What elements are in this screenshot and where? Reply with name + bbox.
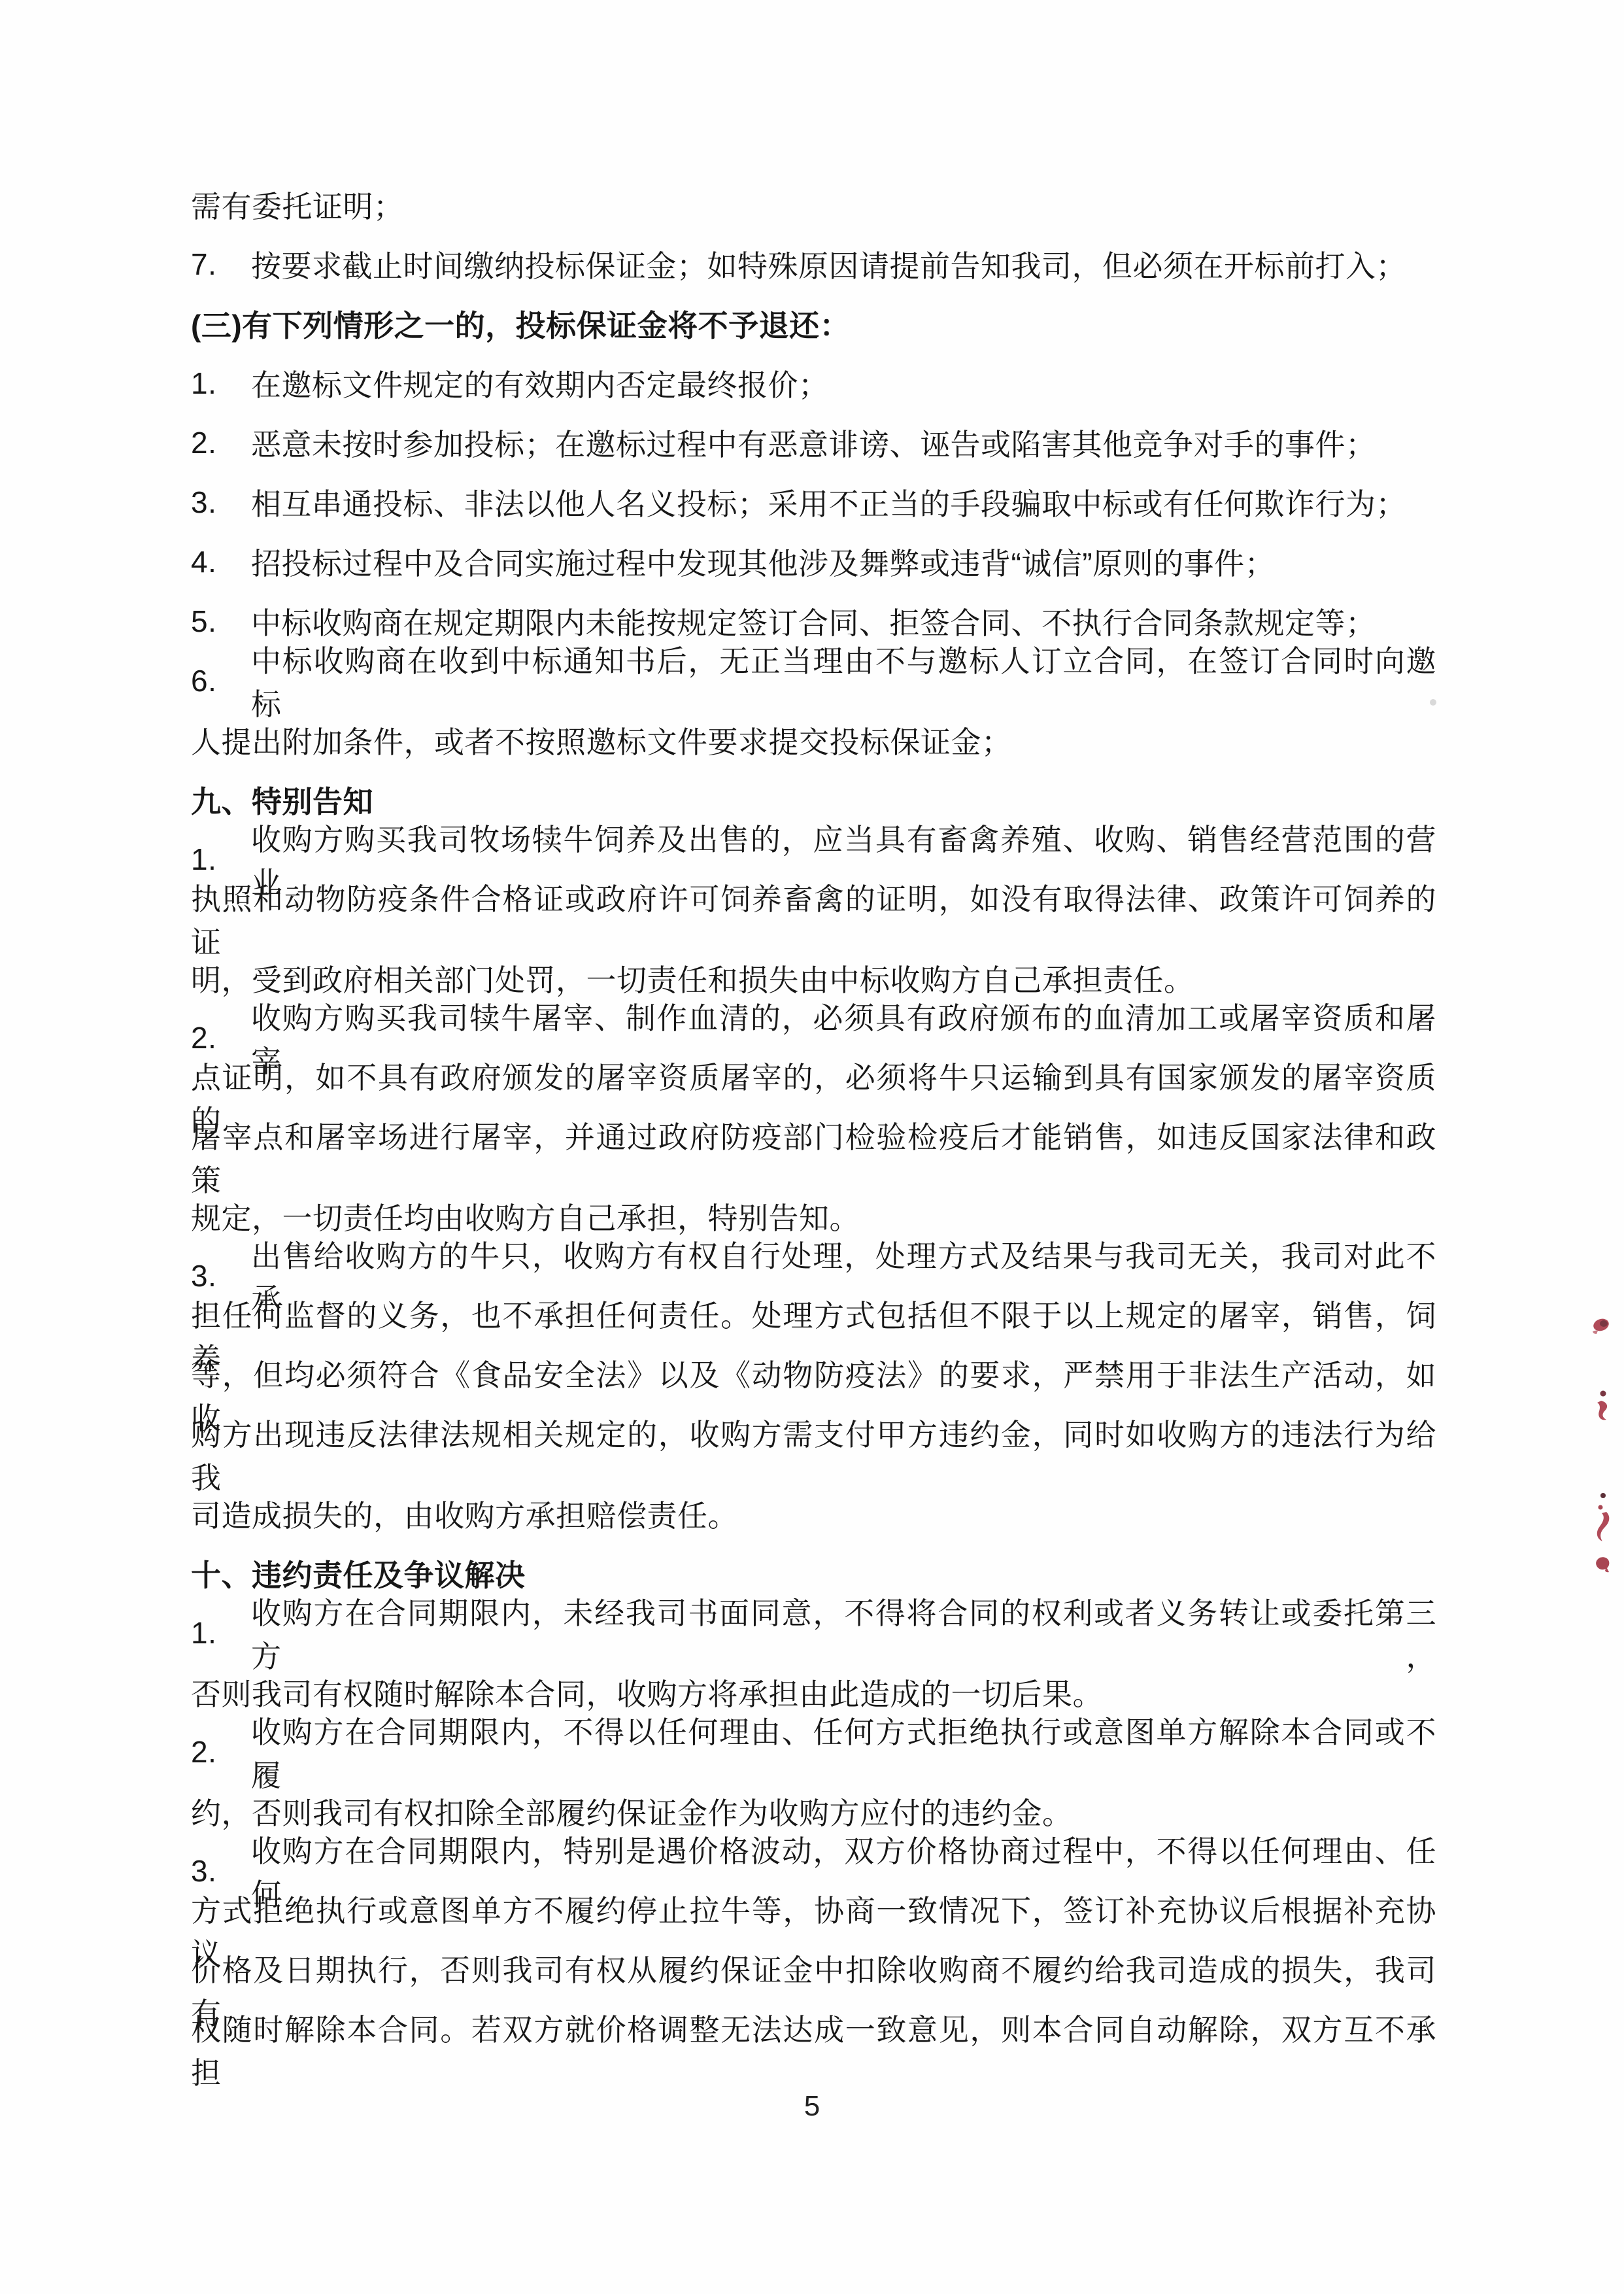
- document-line: 执照和动物防疫条件合格证或政府许可饲养畜禽的证明，如没有取得法律、政策许可饲养的…: [191, 889, 1436, 948]
- document-line: 人提出附加条件，或者不按照邀标文件要求提交投标保证金；: [191, 710, 1436, 770]
- line-text: 招投标过程中及合同实施过程中发现其他涉及舞弊或违背“诚信”原则的事件；: [251, 540, 1436, 583]
- list-number: 2.: [191, 1020, 251, 1055]
- document-line: 3.相互串通投标、非法以他人名义投标；采用不正当的手段骗取中标或有任何欺诈行为；: [191, 472, 1436, 532]
- list-number: 3.: [191, 1853, 251, 1889]
- line-text: 中标收购商在规定期限内未能按规定签订合同、拒签合同、不执行合同条款规定等；: [251, 600, 1436, 643]
- line-text: 权随时解除本合同。若双方就价格调整无法达成一致意见，则本合同自动解除，双方互不承…: [191, 2006, 1436, 2093]
- document-line: 屠宰点和屠宰场进行屠宰，并通过政府防疫部门检验检疫后才能销售，如违反国家法律和政…: [191, 1127, 1436, 1186]
- document-line: (三)有下列情形之一的，投标保证金将不予退还：: [191, 294, 1436, 353]
- line-text: 在邀标文件规定的有效期内否定最终报价；: [251, 362, 1436, 405]
- line-text: (三)有下列情形之一的，投标保证金将不予退还：: [191, 302, 1436, 345]
- document-line: 2.收购方在合同期限内，不得以任何理由、任何方式拒绝执行或意图单方解除本合同或不…: [191, 1722, 1436, 1781]
- document-line: 1.收购方在合同期限内，未经我司书面同意，不得将合同的权利或者义务转让或委托第三…: [191, 1603, 1436, 1662]
- line-text: 相互串通投标、非法以他人名义投标；采用不正当的手段骗取中标或有任何欺诈行为；: [251, 481, 1436, 524]
- red-ink-mark: [1597, 1493, 1610, 1541]
- document-line: 购方出现违反法律法规相关规定的，收购方需支付甲方违约金，同时如收购方的违法行为给…: [191, 1424, 1436, 1484]
- document-line: 2.恶意未按时参加投标；在邀标过程中有恶意诽谤、诬告或陷害其他竞争对手的事件；: [191, 413, 1436, 472]
- list-number: 2.: [191, 1734, 251, 1770]
- list-number: 1.: [191, 366, 251, 401]
- document-line: 6.中标收购商在收到中标通知书后，无正当理由不与邀标人订立合同，在签订合同时向邀…: [191, 651, 1436, 710]
- page-number: 5: [0, 2090, 1624, 2123]
- document-line: 司造成损失的，由收购方承担赔偿责任。: [191, 1484, 1436, 1543]
- line-text: 十、违约责任及争议解决: [191, 1552, 1436, 1595]
- document-line: 4.招投标过程中及合同实施过程中发现其他涉及舞弊或违背“诚信”原则的事件；: [191, 532, 1436, 591]
- line-text: 收购方在合同期限内，不得以任何理由、任何方式拒绝执行或意图单方解除本合同或不履: [251, 1709, 1436, 1795]
- document-line: 权随时解除本合同。若双方就价格调整无法达成一致意见，则本合同自动解除，双方互不承…: [191, 2019, 1436, 2079]
- line-text: 约，否则我司有权扣除全部履约保证金作为收购方应付的违约金。: [191, 1790, 1436, 1833]
- list-number: 2.: [191, 425, 251, 460]
- line-text: 购方出现违反法律法规相关规定的，收购方需支付甲方违约金，同时如收购方的违法行为给…: [191, 1411, 1436, 1498]
- line-text: 明，受到政府相关部门处罚，一切责任和损失由中标收购方自己承担责任。: [191, 957, 1436, 1000]
- list-number: 7.: [191, 247, 251, 282]
- line-text: 收购方在合同期限内，未经我司书面同意，不得将合同的权利或者义务转让或委托第三方，: [251, 1590, 1436, 1676]
- line-text: 恶意未按时参加投标；在邀标过程中有恶意诽谤、诬告或陷害其他竞争对手的事件；: [251, 421, 1436, 464]
- list-number: 1.: [191, 842, 251, 877]
- list-number: 6.: [191, 663, 251, 698]
- red-ink-mark: [1592, 1317, 1610, 1334]
- line-text: 否则我司有权随时解除本合同，收购方将承担由此造成的一切后果。: [191, 1671, 1436, 1714]
- document-line: 1.在邀标文件规定的有效期内否定最终报价；: [191, 353, 1436, 413]
- line-text: 屠宰点和屠宰场进行屠宰，并通过政府防疫部门检验检疫后才能销售，如违反国家法律和政…: [191, 1114, 1436, 1200]
- red-ink-mark: [1597, 1391, 1607, 1420]
- line-text: 规定，一切责任均由收购方自己承担，特别告知。: [191, 1195, 1436, 1238]
- line-text: 九、特别告知: [191, 778, 1436, 821]
- red-ink-mark: [1596, 1557, 1609, 1572]
- list-number: 3.: [191, 1258, 251, 1293]
- document-page: 需有委托证明；7.按要求截止时间缴纳投标保证金；如特殊原因请提前告知我司，但必须…: [0, 0, 1624, 2294]
- document-line: 7.按要求截止时间缴纳投标保证金；如特殊原因请提前告知我司，但必须在开标前打入；: [191, 234, 1436, 294]
- line-text: 需有委托证明；: [191, 183, 1436, 226]
- line-text: 司造成损失的，由收购方承担赔偿责任。: [191, 1492, 1436, 1535]
- list-number: 5.: [191, 604, 251, 639]
- list-number: 3.: [191, 485, 251, 520]
- line-text: 人提出附加条件，或者不按照邀标文件要求提交投标保证金；: [191, 719, 1436, 762]
- list-number: 1.: [191, 1615, 251, 1651]
- line-text: 中标收购商在收到中标通知书后，无正当理由不与邀标人订立合同，在签订合同时向邀标: [251, 638, 1436, 724]
- list-number: 4.: [191, 544, 251, 579]
- document-body: 需有委托证明；7.按要求截止时间缴纳投标保证金；如特殊原因请提前告知我司，但必须…: [191, 175, 1436, 2079]
- line-text: 执照和动物防疫条件合格证或政府许可饲养畜禽的证明，如没有取得法律、政策许可饲养的…: [191, 876, 1436, 962]
- line-text: 按要求截止时间缴纳投标保证金；如特殊原因请提前告知我司，但必须在开标前打入；: [251, 243, 1436, 286]
- document-line: 需有委托证明；: [191, 175, 1436, 234]
